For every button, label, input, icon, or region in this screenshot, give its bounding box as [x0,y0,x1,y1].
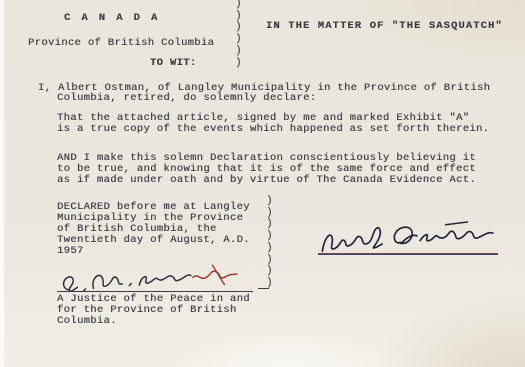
justice-title-line-3: Columbia. [57,316,117,327]
matter-heading: IN THE MATTER OF "THE SASQUATCH" [266,21,503,32]
country-heading: C A N A D A [64,13,160,24]
bracket-glyph: ) [235,46,242,58]
bracket-column-attestation: ) ) ) ) ) ) ) ) [266,196,273,290]
declared-line-4: Twentieth day of August, A.D. [57,235,250,246]
bracket-glyph: ) [266,243,273,255]
bracket-glyph: ) [235,58,242,70]
bracket-glyph: ) [266,196,273,208]
province-line: Province of British Columbia [28,38,214,49]
declared-line-5: 1957 [57,246,84,257]
to-wit-line: TO WIT: [150,58,197,69]
justice-signature-dash [258,288,269,289]
exhibit-line-2: is a true copy of the events which happe… [57,124,489,135]
bracket-column-top: ) ) ) ) ) ) [235,0,242,69]
declarant-signature-line [318,253,498,255]
declaration-opening-line-2: Columbia, retired, do solemnly declare: [57,93,316,104]
solemn-line-3: as if made under oath and by virtue of T… [57,175,476,186]
document-scan: C A N A D A Province of British Columbia… [0,0,525,367]
